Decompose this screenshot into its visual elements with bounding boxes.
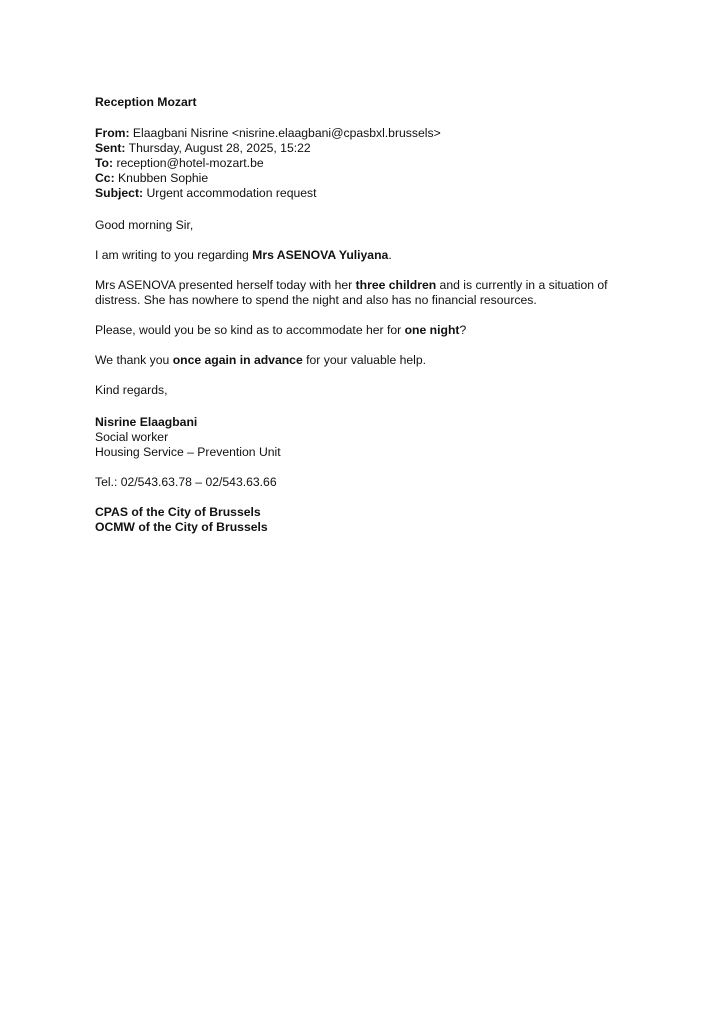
- signature-role: Social worker: [95, 430, 635, 445]
- signature-org-fr: CPAS of the City of Brussels: [95, 505, 635, 520]
- signature-block: Nisrine Elaagbani Social worker Housing …: [95, 415, 635, 535]
- signature-tel: Tel.: 02/543.63.78 – 02/543.63.66: [95, 475, 635, 490]
- to-value: reception@hotel-mozart.be: [116, 156, 263, 170]
- signature-unit: Housing Service – Prevention Unit: [95, 445, 635, 460]
- signature-org-nl: OCMW of the City of Brussels: [95, 520, 635, 535]
- paragraph-1: I am writing to you regarding Mrs ASENOV…: [95, 248, 635, 263]
- to-row: To: reception@hotel-mozart.be: [95, 156, 635, 171]
- signature-name: Nisrine Elaagbani: [95, 415, 635, 430]
- closing: Kind regards,: [95, 383, 635, 398]
- subject-row: Subject: Urgent accommodation request: [95, 186, 635, 201]
- paragraph-2: Mrs ASENOVA presented herself today with…: [95, 278, 635, 308]
- paragraph-3: Please, would you be so kind as to accom…: [95, 323, 635, 338]
- email-document: Reception Mozart From: Elaagbani Nisrine…: [95, 95, 635, 535]
- email-header: From: Elaagbani Nisrine <nisrine.elaagba…: [95, 126, 635, 201]
- paragraph-4: We thank you once again in advance for y…: [95, 353, 635, 368]
- cc-row: Cc: Knubben Sophie: [95, 171, 635, 186]
- cc-value: Knubben Sophie: [118, 171, 208, 185]
- from-value: Elaagbani Nisrine <nisrine.elaagbani@cpa…: [133, 126, 441, 140]
- from-row: From: Elaagbani Nisrine <nisrine.elaagba…: [95, 126, 635, 141]
- subject-value: Urgent accommodation request: [146, 186, 316, 200]
- greeting: Good morning Sir,: [95, 218, 635, 233]
- document-title: Reception Mozart: [95, 95, 635, 110]
- sent-row: Sent: Thursday, August 28, 2025, 15:22: [95, 141, 635, 156]
- sent-value: Thursday, August 28, 2025, 15:22: [129, 141, 311, 155]
